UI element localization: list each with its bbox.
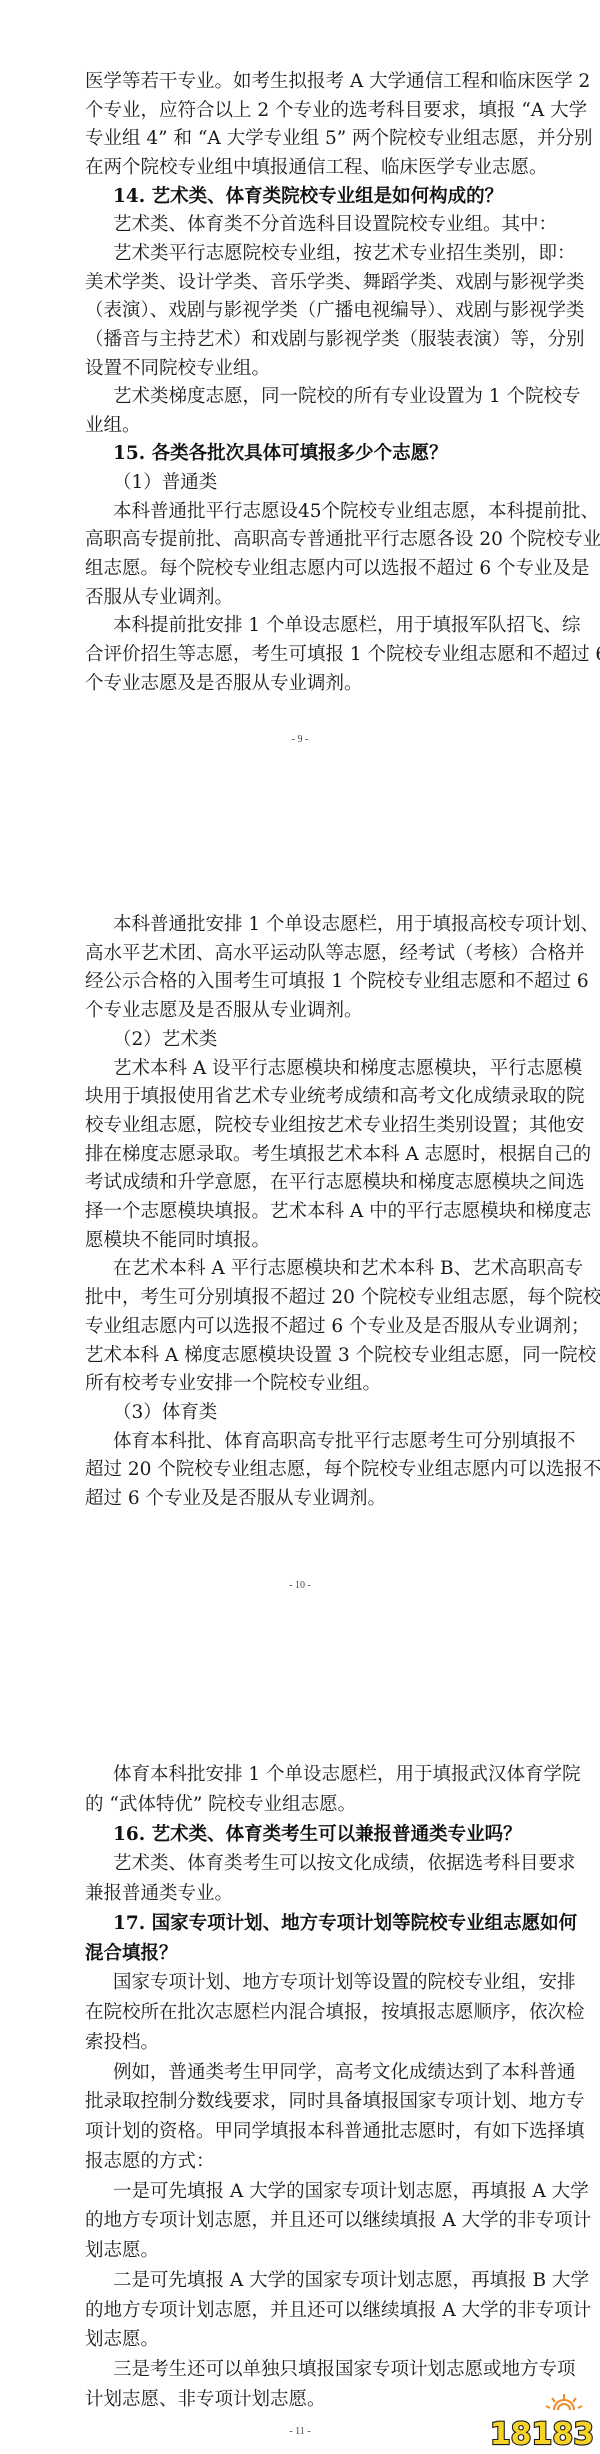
section-heading: 14. 艺术类、体育类院校专业组是如何构成的？ <box>113 183 527 211</box>
watermark-text: 18183 <box>492 2417 594 2452</box>
paragraph-line: 艺术类平行志愿院校专业组，按艺术专业招生类别，即： <box>113 240 527 268</box>
paragraph-line: 的 “武体特优” 院校专业组志愿。 <box>85 1791 527 1819</box>
paragraph-line: 批录取控制分数线要求，同时具备填报国家专项计划、地方专 <box>85 2088 527 2116</box>
paragraph-line: 艺术类梯度志愿，同一院校的所有专业设置为 1 个院校专 <box>113 383 527 411</box>
paragraph-line: 例如，普通类考生甲同学，高考文化成绩达到了本科普通 <box>113 2059 527 2087</box>
paragraph-line: （表演）、戏剧与影视学类（广播电视编导）、戏剧与影视学类 <box>85 297 527 325</box>
section-heading: 17. 国家专项计划、地方专项计划等院校专业组志愿如何 <box>113 1910 527 1938</box>
paragraph-line: 经公示合格的入围考生可填报 1 个院校专业组志愿和不超过 6 <box>85 968 527 996</box>
paragraph-line: 索投档。 <box>85 2029 527 2057</box>
paragraph-line: 项计划的资格。甲同学填报本科普通批志愿时，有如下选择填 <box>85 2118 527 2146</box>
sun-icon: 18183 <box>492 2392 596 2452</box>
paragraph-line: 高水平艺术团、高水平运动队等志愿，经考试（考核）合格并 <box>85 940 527 968</box>
paragraph-line: 计划志愿、非专项计划志愿。 <box>85 2386 527 2414</box>
paragraph-line: 美术学类、设计学类、音乐学类、舞蹈学类、戏剧与影视学类 <box>85 269 527 297</box>
paragraph-line: 超过 20 个院校专业组志愿，每个院校专业组志愿内可以选报不 <box>85 1456 527 1484</box>
page-number-10: - 10 - <box>0 1580 600 1591</box>
paragraph-line: 本科普通批平行志愿设45个院校专业组志愿，本科提前批、 <box>113 498 527 526</box>
paragraph-line: 批中，考生可分别填报不超过 20 个院校专业组志愿，每个院校 <box>85 1284 527 1312</box>
paragraph-line: 个专业，应符合以上 2 个专业的选考科目要求，填报 “A 大学 <box>85 97 527 125</box>
paragraph-line: 国家专项计划、地方专项计划等设置的院校专业组，安排 <box>113 1969 527 1997</box>
paragraph-line: 考试成绩和升学意愿，在平行志愿模块和梯度志愿模块之间选 <box>85 1169 527 1197</box>
paragraph-line: 的地方专项计划志愿，并且还可以继续填报 A 大学的非专项计 <box>85 2207 527 2235</box>
paragraph-line: 业组。 <box>85 412 527 440</box>
paragraph-line: 否服从专业调剂。 <box>85 584 527 612</box>
paragraph-line: 医学等若干专业。如考生拟报考 A 大学通信工程和临床医学 2 <box>85 68 527 96</box>
paragraph-line: 二是可先填报 A 大学的国家专项计划志愿，再填报 B 大学 <box>113 2267 527 2295</box>
watermark-logo-18183: 18183 <box>492 2392 596 2452</box>
paragraph-line: 块用于填报使用省艺术专业统考成绩和高考文化成绩录取的院 <box>85 1083 527 1111</box>
section-heading: 16. 艺术类、体育类考生可以兼报普通类专业吗？ <box>113 1821 527 1849</box>
paragraph-line: 三是考生还可以单独只填报国家专项计划志愿或地方专项 <box>113 2356 527 2384</box>
paragraph-line: 体育本科批、体育高职高专批平行志愿考生可分别填报不 <box>113 1428 527 1456</box>
paragraph-line: 艺术类、体育类考生可以按文化成绩，依据选考科目要求 <box>113 1850 527 1878</box>
paragraph-line: 排在梯度志愿录取。考生填报艺术本科 A 志愿时，根据自己的 <box>85 1141 527 1169</box>
section-heading: 15. 各类各批次具体可填报多少个志愿？ <box>113 440 527 468</box>
paragraph-line: 的地方专项计划志愿，并且还可以继续填报 A 大学的非专项计 <box>85 2297 527 2325</box>
paragraph-line: 报志愿的方式： <box>85 2148 527 2176</box>
paragraph-line: （3）体育类 <box>113 1399 527 1427</box>
paragraph-line: 超过 6 个专业及是否服从专业调剂。 <box>85 1485 527 1513</box>
paragraph-line: 专业组志愿内可以选报不超过 6 个专业及是否服从专业调剂； <box>85 1313 527 1341</box>
paragraph-line: 艺术类、体育类不分首选科目设置院校专业组。其中： <box>113 211 527 239</box>
paragraph-line: （2）艺术类 <box>113 1026 527 1054</box>
paragraph-line: 专业组 4” 和 “A 大学专业组 5” 两个院校专业组志愿，并分别 <box>85 125 527 153</box>
paragraph-line: 高职高专提前批、高职高专普通批平行志愿各设 20 个院校专业 <box>85 526 527 554</box>
paragraph-line: 艺术本科 A 设平行志愿模块和梯度志愿模块，平行志愿模 <box>113 1055 527 1083</box>
paragraph-line: 兼报普通类专业。 <box>85 1880 527 1908</box>
paragraph-line: 在两个院校专业组中填报通信工程、临床医学专业志愿。 <box>85 154 527 182</box>
paragraph-line: 设置不同院校专业组。 <box>85 355 527 383</box>
paragraph-line: （播音与主持艺术）和戏剧与影视学类（服装表演）等，分别 <box>85 326 527 354</box>
paragraph-line: 一是可先填报 A 大学的国家专项计划志愿，再填报 A 大学 <box>113 2178 527 2206</box>
paragraph-line: 划志愿。 <box>85 2237 527 2265</box>
paragraph-line: 个专业志愿及是否服从专业调剂。 <box>85 670 527 698</box>
paragraph-line: 个专业志愿及是否服从专业调剂。 <box>85 997 527 1025</box>
paragraph-line: 愿模块不能同时填报。 <box>85 1227 527 1255</box>
paragraph-line: 合评价招生等志愿，考生可填报 1 个院校专业组志愿和不超过 6 <box>85 641 527 669</box>
paragraph-line: 体育本科批安排 1 个单设志愿栏，用于填报武汉体育学院 <box>113 1761 527 1789</box>
paragraph-line: 本科提前批安排 1 个单设志愿栏，用于填报军队招飞、综 <box>113 612 527 640</box>
page-number-9: - 9 - <box>0 734 600 745</box>
paragraph-line: （1）普通类 <box>113 469 527 497</box>
paragraph-line: 择一个志愿模块填报。艺术本科 A 中的平行志愿模块和梯度志 <box>85 1198 527 1226</box>
paragraph-line: 划志愿。 <box>85 2326 527 2354</box>
paragraph-line: 组志愿。每个院校专业组志愿内可以选报不超过 6 个专业及是 <box>85 555 527 583</box>
paragraph-line: 在院校所在批次志愿栏内混合填报，按填报志愿顺序，依次检 <box>85 1999 527 2027</box>
paragraph-line: 校专业组志愿，院校专业组按艺术专业招生类别设置；其他安 <box>85 1112 527 1140</box>
paragraph-line: 艺术本科 A 梯度志愿模块设置 3 个院校专业组志愿，同一院校 <box>85 1342 527 1370</box>
paragraph-line: 在艺术本科 A 平行志愿模块和艺术本科 B、艺术高职高专 <box>113 1255 527 1283</box>
section-heading: 混合填报？ <box>85 1940 527 1968</box>
paragraph-line: 所有校考专业安排一个院校专业组。 <box>85 1370 527 1398</box>
paragraph-line: 本科普通批安排 1 个单设志愿栏，用于填报高校专项计划、 <box>113 911 527 939</box>
